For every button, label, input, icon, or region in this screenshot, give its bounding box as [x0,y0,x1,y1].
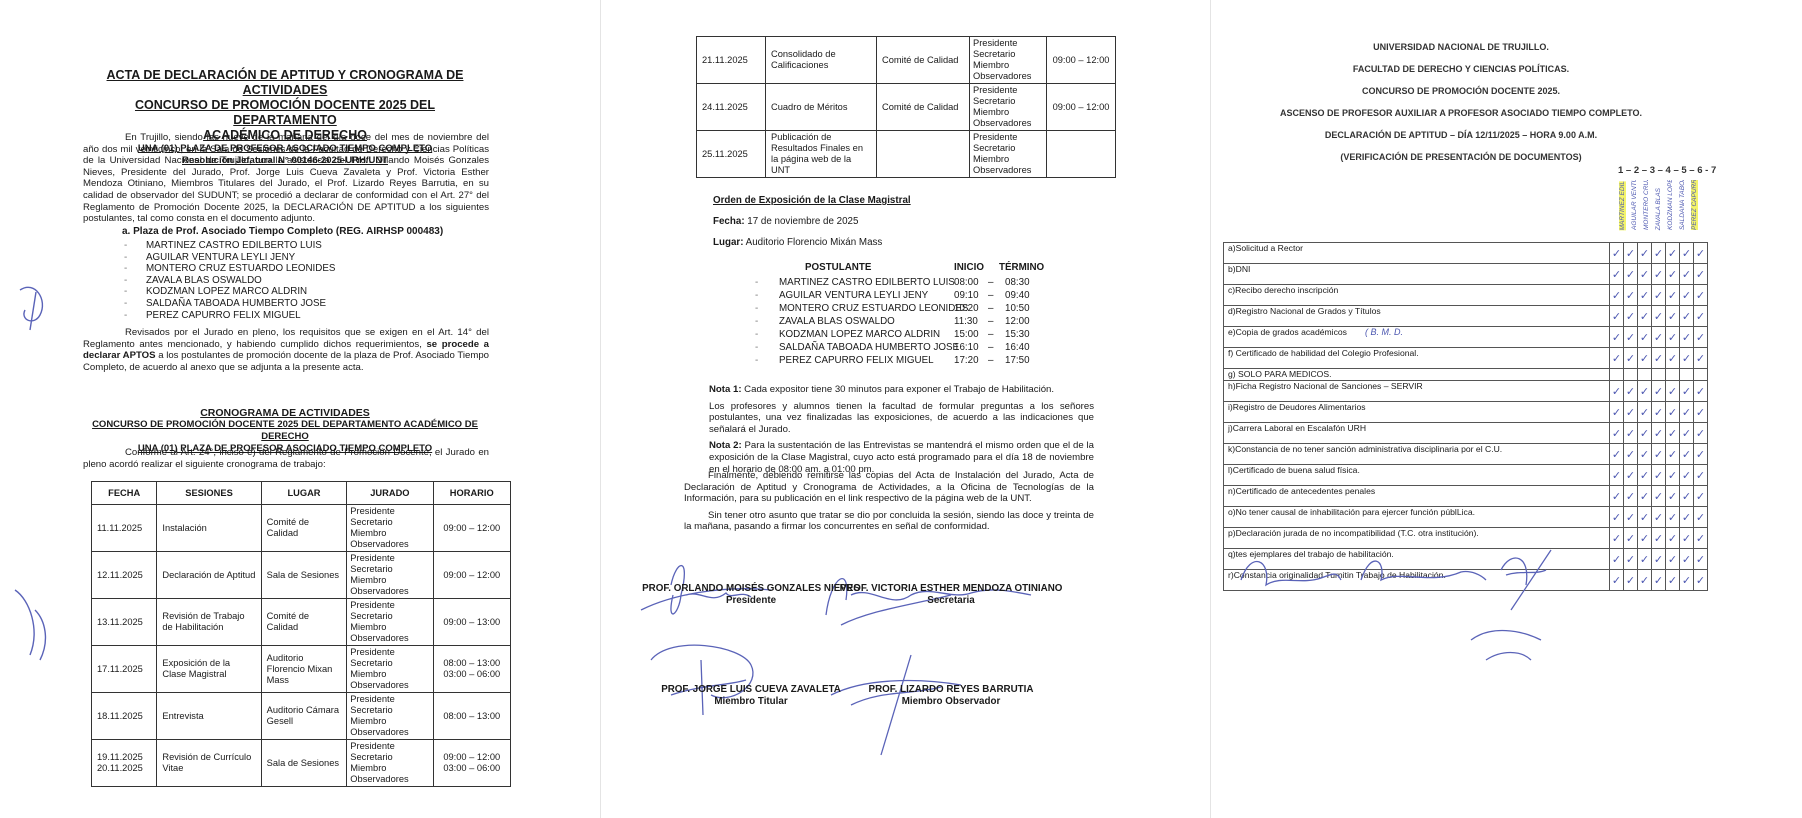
cell-fecha: 11.11.2025 [92,505,157,552]
cell-fecha: 24.11.2025 [697,84,766,131]
cell-lugar: Sala de Sesiones [261,552,347,599]
check-cell: ✓ [1694,264,1708,285]
postulante-name: MARTINEZ CASTRO EDILBERTO LUIS [779,276,955,289]
requirement-text: d)Registro Nacional de Grados y Títulos [1228,306,1381,316]
requirement-row: d)Registro Nacional de Grados y Títulos✓… [1224,306,1708,327]
check-cell: ✓ [1610,486,1624,507]
requirement-text: p)Declaración jurada de no incompatibili… [1228,528,1479,538]
requirement-text: i)Registro de Deudores Alimentarios [1228,402,1366,412]
col-postulante: POSTULANTE [805,262,871,273]
requirement-row: a)Solicitud a Rector✓✓✓✓✓✓✓ [1224,243,1708,264]
check-cell: ✓ [1652,528,1666,549]
cell-sesion: Entrevista [157,693,261,740]
check-cell [1666,369,1680,381]
check-cell: ✓ [1638,528,1652,549]
check-cell: ✓ [1680,507,1694,528]
requirement-label: f) Certificado de habilidad del Colegio … [1224,348,1610,369]
cell-sesion: Consolidado de Calificaciones [766,37,877,84]
requirement-label: a)Solicitud a Rector [1224,243,1610,264]
requirement-text: j)Carrera Laboral en Escalafón URH [1228,423,1366,433]
postulante-item: AGUILAR VENTURA LEYLI JENY [122,252,492,264]
check-cell: ✓ [1638,285,1652,306]
check-cell: ✓ [1624,381,1638,402]
cronograma-title: CRONOGRAMA DE ACTIVIDADES [75,407,495,419]
schedule-row: -MONTERO CRUZ ESTUARDO LEONIDES10:20–10:… [747,302,1147,315]
check-cell: ✓ [1680,381,1694,402]
requirement-label: l)Certificado de buena salud física. [1224,465,1610,486]
signatory-name: PROF. LIZARDO REYES BARRUTIA [821,684,1081,696]
page-acta-1: ACTA DE DECLARACIÓN DE APTITUD Y CRONOGR… [0,0,590,818]
requirement-label: n)Certificado de antecedentes penales [1224,486,1610,507]
check-cell: ✓ [1666,348,1680,369]
check-cell: ✓ [1694,570,1708,591]
cronograma-row: 19.11.2025 20.11.2025Revisión de Currícu… [92,740,511,787]
requirement-row: p)Declaración jurada de no incompatibili… [1224,528,1708,549]
check-cell: ✓ [1680,549,1694,570]
requirement-text: h)Ficha Registro Nacional de Sanciones –… [1228,381,1423,391]
check-cell: ✓ [1652,327,1666,348]
cell-jurado: Presidente Secretario Miembro Observador… [347,740,433,787]
bullet: - [755,276,758,289]
cronograma-row: 21.11.2025Consolidado de CalificacionesC… [697,37,1116,84]
requirement-row: h)Ficha Registro Nacional de Sanciones –… [1224,381,1708,402]
inicio-time: 09:10 [954,289,979,302]
inicio-time: 15:00 [954,328,979,341]
cell-horario: 08:00 – 13:00 03:00 – 06:00 [433,646,511,693]
check-cell: ✓ [1652,570,1666,591]
requirement-row: n)Certificado de antecedentes penales✓✓✓… [1224,486,1708,507]
check-cell: ✓ [1652,285,1666,306]
check-cell [1624,369,1638,381]
check-cell: ✓ [1680,423,1694,444]
cell-fecha: 13.11.2025 [92,599,157,646]
termino-time: 16:40 [1005,341,1030,354]
cell-sesion: Revisión de Currículo Vitae [157,740,261,787]
check-cell: ✓ [1638,381,1652,402]
check-cell: ✓ [1652,549,1666,570]
check-cell: ✓ [1666,507,1680,528]
check-cell: ✓ [1694,243,1708,264]
orden-lugar: Lugar: Auditorio Florencio Mixán Mass [713,232,911,253]
page-acta-2: 21.11.2025Consolidado de CalificacionesC… [600,0,1201,818]
time-dash: – [988,289,993,302]
cell-sesion: Publicación de Resultados Finales en la … [766,131,877,178]
check-cell: ✓ [1694,528,1708,549]
header-faculty: FACULTAD DE DERECHO Y CIENCIAS POLÍTICAS… [1271,58,1651,80]
check-cell: ✓ [1652,507,1666,528]
check-cell: ✓ [1638,444,1652,465]
postulante-name: ZAVALA BLAS OSWALDO [779,315,895,328]
check-cell [1610,369,1624,381]
handwritten-column-name: MONTERO CRUZ [1643,180,1650,230]
acta-title-line-2: CONCURSO DE PROMOCIÓN DOCENTE 2025 DEL D… [85,98,485,128]
cell-horario: 08:00 – 13:00 [433,693,511,740]
requirement-text: n)Certificado de antecedentes penales [1228,486,1375,496]
schedule-row: -ZAVALA BLAS OSWALDO11:30–12:00 [747,315,1147,328]
handwritten-column-name: MARTINEZ EDIL [1619,181,1626,230]
check-cell: ✓ [1638,264,1652,285]
handwritten-column-name: SALDAÑA TABOADA [1679,180,1686,230]
check-cell: ✓ [1610,423,1624,444]
cronograma-row: 12.11.2025Declaración de AptitudSala de … [92,552,511,599]
check-cell: ✓ [1666,465,1680,486]
requirement-row: k)Constancia de no tener sanción adminis… [1224,444,1708,465]
cronograma-subtitle-1: CONCURSO DE PROMOCIÓN DOCENTE 2025 DEL D… [75,419,495,443]
closing-paragraph: Sin tener otro asunto que tratar se dio … [684,510,1094,533]
check-cell: ✓ [1652,348,1666,369]
postulante-item: MONTERO CRUZ ESTUARDO LEONIDES [122,263,492,275]
check-cell: ✓ [1638,507,1652,528]
column-numbers: 1 – 2 – 3 – 4 – 5 – 6 - 7 [1618,165,1716,176]
cell-fecha: 18.11.2025 [92,693,157,740]
header-declaracion: DECLARACIÓN DE APTITUD – DÍA 12/11/2025 … [1271,124,1651,146]
col-sesiones: SESIONES [157,482,261,505]
col-horario: HORARIO [433,482,511,505]
postulante-item: PEREZ CAPURRO FELIX MIGUEL [122,310,492,322]
check-cell: ✓ [1624,423,1638,444]
bullet: - [755,354,758,367]
check-cell: ✓ [1610,327,1624,348]
cronograma-table: FECHA SESIONES LUGAR JURADO HORARIO 11.1… [91,481,511,787]
check-cell: ✓ [1680,486,1694,507]
verificacion-header: UNIVERSIDAD NACIONAL DE TRUJILLO. FACULT… [1271,36,1651,168]
check-cell: ✓ [1694,306,1708,327]
inicio-time: 10:20 [954,302,979,315]
cell-horario: 09:00 – 12:00 [1047,37,1116,84]
check-cell: ✓ [1694,549,1708,570]
requirement-label: r)Constancia originalidad Turnitin Traba… [1224,570,1610,591]
requirement-row: f) Certificado de habilidad del Colegio … [1224,348,1708,369]
check-cell: ✓ [1694,327,1708,348]
requirement-text: b)DNI [1228,264,1250,274]
bullet: - [755,315,758,328]
cell-sesion: Instalación [157,505,261,552]
check-cell: ✓ [1610,402,1624,423]
cell-horario: 09:00 – 12:00 03:00 – 06:00 [433,740,511,787]
requirement-text: c)Recibo derecho inscripción [1228,285,1338,295]
cronograma-row: 11.11.2025InstalaciónComité de CalidadPr… [92,505,511,552]
check-cell: ✓ [1680,306,1694,327]
check-cell: ✓ [1666,402,1680,423]
check-cell: ✓ [1624,327,1638,348]
check-cell: ✓ [1680,444,1694,465]
check-cell: ✓ [1680,327,1694,348]
check-cell [1638,369,1652,381]
check-cell: ✓ [1652,465,1666,486]
time-dash: – [988,341,993,354]
termino-time: 09:40 [1005,289,1030,302]
check-cell: ✓ [1694,348,1708,369]
col-lugar: LUGAR [261,482,347,505]
postulante-item: KODZMAN LOPEZ MARCO ALDRIN [122,286,492,298]
margin-initials [0,270,60,690]
check-cell: ✓ [1680,465,1694,486]
signature-block-miembro-observador: PROF. LIZARDO REYES BARRUTIA Miembro Obs… [821,684,1081,708]
requirement-row: l)Certificado de buena salud física.✓✓✓✓… [1224,465,1708,486]
orden-title: Orden de Exposición de la Clase Magistra… [713,190,911,211]
check-cell: ✓ [1666,549,1680,570]
check-cell: ✓ [1694,465,1708,486]
plaza-label: a. Plaza de Prof. Asociado Tiempo Comple… [122,226,492,238]
cronograma-row: 18.11.2025EntrevistaAuditorio Cámara Ges… [92,693,511,740]
check-cell: ✓ [1624,348,1638,369]
cell-lugar: Auditorio Cámara Gesell [261,693,347,740]
col-termino: TÉRMINO [999,262,1044,273]
postulante-item: ZAVALA BLAS OSWALDO [122,275,492,287]
cell-horario: 09:00 – 12:00 [433,552,511,599]
check-cell: ✓ [1610,570,1624,591]
cronograma-row: 13.11.2025Revisión de Trabajo de Habilit… [92,599,511,646]
check-cell: ✓ [1652,306,1666,327]
check-cell: ✓ [1652,486,1666,507]
check-cell: ✓ [1652,402,1666,423]
check-cell: ✓ [1624,528,1638,549]
cell-jurado: Presidente Secretario Miembro Observador… [970,84,1047,131]
schedule-row: -PEREZ CAPURRO FELIX MIGUEL17:20–17:50 [747,354,1147,367]
check-cell: ✓ [1680,264,1694,285]
requirement-text: g) SOLO PARA MEDICOS. [1228,369,1331,379]
postulante-name: PEREZ CAPURRO FELIX MIGUEL [779,354,934,367]
requirement-row: g) SOLO PARA MEDICOS. [1224,369,1708,381]
check-cell: ✓ [1610,306,1624,327]
cronograma-header-row: FECHA SESIONES LUGAR JURADO HORARIO [92,482,511,505]
requirement-row: i)Registro de Deudores Alimentarios✓✓✓✓✓… [1224,402,1708,423]
check-cell: ✓ [1610,381,1624,402]
inicio-time: 11:30 [954,315,978,328]
cronograma-row: 24.11.2025Cuadro de MéritosComité de Cal… [697,84,1116,131]
check-cell: ✓ [1694,381,1708,402]
notas-section: Nota 1: Cada expositor tiene 30 minutos … [709,384,1094,475]
postulante-name: KODZMAN LOPEZ MARCO ALDRIN [779,328,940,341]
requirement-label: j)Carrera Laboral en Escalafón URH [1224,423,1610,444]
col-jurado: JURADO [347,482,433,505]
schedule-row: -AGUILAR VENTURA LEYLI JENY09:10–09:40 [747,289,1147,302]
check-cell: ✓ [1680,528,1694,549]
termino-time: 10:50 [1005,302,1030,315]
cronograma-row: 25.11.2025Publicación de Resultados Fina… [697,131,1116,178]
cell-horario: 09:00 – 13:00 [433,599,511,646]
requirement-text: k)Constancia de no tener sanción adminis… [1228,444,1502,454]
cell-fecha: 21.11.2025 [697,37,766,84]
check-cell: ✓ [1666,327,1680,348]
col-inicio: INICIO [954,262,984,273]
check-cell: ✓ [1652,243,1666,264]
requirement-row: r)Constancia originalidad Turnitin Traba… [1224,570,1708,591]
check-cell: ✓ [1680,348,1694,369]
orden-exposicion: Orden de Exposición de la Clase Magistra… [713,190,911,253]
bullet: - [755,341,758,354]
cell-jurado: Presidente Secretario Miembro Observador… [347,693,433,740]
requirement-label: e)Copia de grados académicos( B. M. D. [1224,327,1610,348]
requirement-row: q)tes ejemplares del trabajo de habilita… [1224,549,1708,570]
cronograma-table-continued: 21.11.2025Consolidado de CalificacionesC… [696,36,1116,178]
cronograma-intro: Conforme al Art. 24°, inciso e) del Regl… [83,447,489,470]
requirement-text: e)Copia de grados académicos [1228,327,1347,337]
check-cell: ✓ [1694,486,1708,507]
cell-jurado: Presidente Secretario Miembro Observador… [347,646,433,693]
cell-jurado: Presidente Secretario Miembro Observador… [970,37,1047,84]
check-cell: ✓ [1694,507,1708,528]
cronograma-row: 17.11.2025Exposición de la Clase Magistr… [92,646,511,693]
check-cell: ✓ [1666,381,1680,402]
requirement-row: j)Carrera Laboral en Escalafón URH✓✓✓✓✓✓… [1224,423,1708,444]
requirement-label: o)No tener causal de inhabilitación para… [1224,507,1610,528]
postulante-name: MONTERO CRUZ ESTUARDO LEONIDES [779,302,968,315]
postulante-name: AGUILAR VENTURA LEYLI JENY [779,289,928,302]
requirement-label: i)Registro de Deudores Alimentarios [1224,402,1610,423]
plaza-section: a. Plaza de Prof. Asociado Tiempo Comple… [122,226,492,321]
cell-fecha: 19.11.2025 20.11.2025 [92,740,157,787]
cell-lugar: Comité de Calidad [261,505,347,552]
signatory-name: PROF. VICTORIA ESTHER MENDOZA OTINIANO [821,583,1081,595]
requirement-label: b)DNI [1224,264,1610,285]
check-cell: ✓ [1638,348,1652,369]
check-cell: ✓ [1666,285,1680,306]
check-cell: ✓ [1610,243,1624,264]
cell-lugar [877,131,970,178]
postulante-item: SALDAÑA TABOADA HUMBERTO JOSE [122,298,492,310]
postulantes-list: MARTINEZ CASTRO EDILBERTO LUISAGUILAR VE… [122,240,492,321]
handwritten-column-name: ZAVALA BLAS [1655,188,1662,230]
handwritten-column-names: MARTINEZ EDILAGUILAR VENTURAMONTERO CRUZ… [1619,180,1701,230]
cell-horario: 09:00 – 12:00 [433,505,511,552]
cell-sesion: Exposición de la Clase Magistral [157,646,261,693]
check-cell [1680,369,1694,381]
check-cell: ✓ [1638,243,1652,264]
signatory-role: Miembro Observador [821,696,1081,708]
cell-sesion: Revisión de Trabajo de Habilitación [157,599,261,646]
cell-fecha: 17.11.2025 [92,646,157,693]
cell-lugar: Sala de Sesiones [261,740,347,787]
termino-time: 12:00 [1005,315,1030,328]
requirement-text: q)tes ejemplares del trabajo de habilita… [1228,549,1394,559]
requirement-row: o)No tener causal de inhabilitación para… [1224,507,1708,528]
cell-sesion: Cuadro de Méritos [766,84,877,131]
orden-fecha: Fecha: 17 de noviembre de 2025 [713,211,911,232]
check-cell: ✓ [1666,264,1680,285]
check-cell: ✓ [1666,528,1680,549]
termino-time: 08:30 [1005,276,1030,289]
check-cell: ✓ [1624,507,1638,528]
check-cell: ✓ [1638,327,1652,348]
cell-fecha: 25.11.2025 [697,131,766,178]
requirement-text: a)Solicitud a Rector [1228,243,1303,253]
requirement-label: c)Recibo derecho inscripción [1224,285,1610,306]
check-cell: ✓ [1666,243,1680,264]
cell-fecha: 12.11.2025 [92,552,157,599]
check-cell: ✓ [1666,444,1680,465]
inicio-time: 17:20 [954,354,979,367]
requirement-row: e)Copia de grados académicos( B. M. D.✓✓… [1224,327,1708,348]
check-cell: ✓ [1666,570,1680,591]
check-cell: ✓ [1652,423,1666,444]
requirement-label: d)Registro Nacional de Grados y Títulos [1224,306,1610,327]
check-cell [1694,369,1708,381]
cell-lugar: Comité de Calidad [877,37,970,84]
check-cell: ✓ [1694,444,1708,465]
requirement-text: f) Certificado de habilidad del Colegio … [1228,348,1419,358]
nota-1-extra: Los profesores y alumnos tienen la facul… [709,401,1094,436]
cell-jurado: Presidente Secretario Miembro Observador… [347,599,433,646]
check-cell: ✓ [1694,402,1708,423]
check-cell: ✓ [1694,285,1708,306]
header-ascenso: ASCENSO DE PROFESOR AUXILIAR A PROFESOR … [1271,102,1651,124]
check-cell: ✓ [1638,570,1652,591]
requirement-label: k)Constancia de no tener sanción adminis… [1224,444,1610,465]
schedule-rows: -MARTINEZ CASTRO EDILBERTO LUIS08:00–08:… [747,276,1147,367]
check-cell: ✓ [1638,402,1652,423]
check-cell: ✓ [1638,486,1652,507]
handwritten-column-name: PEREZ CAPURRO [1691,180,1698,230]
inicio-time: 16:10 [954,341,979,354]
schedule-row: -SALDAÑA TABOADA HUMBERTO JOSE16:10–16:4… [747,341,1147,354]
check-cell: ✓ [1666,423,1680,444]
cell-horario: 09:00 – 12:00 [1047,84,1116,131]
check-cell: ✓ [1652,264,1666,285]
check-cell: ✓ [1638,423,1652,444]
closing-section: Finalmente, debiendo remitirse las copia… [684,470,1094,533]
schedule-row: -KODZMAN LOPEZ MARCO ALDRIN15:00–15:30 [747,328,1147,341]
final-paragraph: Finalmente, debiendo remitirse las copia… [684,470,1094,505]
check-cell: ✓ [1610,348,1624,369]
check-cell: ✓ [1610,285,1624,306]
header-university: UNIVERSIDAD NACIONAL DE TRUJILLO. [1271,36,1651,58]
cell-sesion: Declaración de Aptitud [157,552,261,599]
header-contest: CONCURSO DE PROMOCIÓN DOCENTE 2025. [1271,80,1651,102]
requirement-label: q)tes ejemplares del trabajo de habilita… [1224,549,1610,570]
cell-lugar: Auditorio Florencio Mixan Mass [261,646,347,693]
requirement-text: r)Constancia originalidad Turnitin Traba… [1228,570,1446,580]
page-verificacion: UNIVERSIDAD NACIONAL DE TRUJILLO. FACULT… [1210,0,1802,818]
check-cell: ✓ [1680,570,1694,591]
cell-lugar: Comité de Calidad [261,599,347,646]
requirement-label: h)Ficha Registro Nacional de Sanciones –… [1224,381,1610,402]
check-cell: ✓ [1624,570,1638,591]
check-cell: ✓ [1624,243,1638,264]
check-cell: ✓ [1638,465,1652,486]
check-cell: ✓ [1680,243,1694,264]
bullet: - [755,289,758,302]
acta-title-line-1: ACTA DE DECLARACIÓN DE APTITUD Y CRONOGR… [85,68,485,98]
check-cell: ✓ [1610,549,1624,570]
requirement-label: p)Declaración jurada de no incompatibili… [1224,528,1610,549]
review-paragraph: Revisados por el Jurado en pleno, los re… [83,327,489,373]
cell-jurado: Presidente Secretario Miembro Observador… [970,131,1047,178]
check-cell: ✓ [1624,285,1638,306]
time-dash: – [988,354,993,367]
termino-time: 15:30 [1005,328,1030,341]
inicio-time: 08:00 [954,276,979,289]
cell-horario [1047,131,1116,178]
handwritten-column-name: KODZMAN LOPEZ [1667,180,1674,230]
check-cell: ✓ [1666,486,1680,507]
requirement-label: g) SOLO PARA MEDICOS. [1224,369,1610,381]
check-cell: ✓ [1666,306,1680,327]
check-cell: ✓ [1638,306,1652,327]
time-dash: – [988,276,993,289]
time-dash: – [988,315,993,328]
requirement-row: c)Recibo derecho inscripción✓✓✓✓✓✓✓ [1224,285,1708,306]
time-dash: – [988,328,993,341]
check-cell: ✓ [1610,465,1624,486]
check-cell: ✓ [1652,444,1666,465]
check-cell: ✓ [1624,549,1638,570]
cell-lugar: Comité de Calidad [877,84,970,131]
time-dash: – [988,302,993,315]
postulante-item: MARTINEZ CASTRO EDILBERTO LUIS [122,240,492,252]
check-cell: ✓ [1694,423,1708,444]
bullet: - [755,328,758,341]
